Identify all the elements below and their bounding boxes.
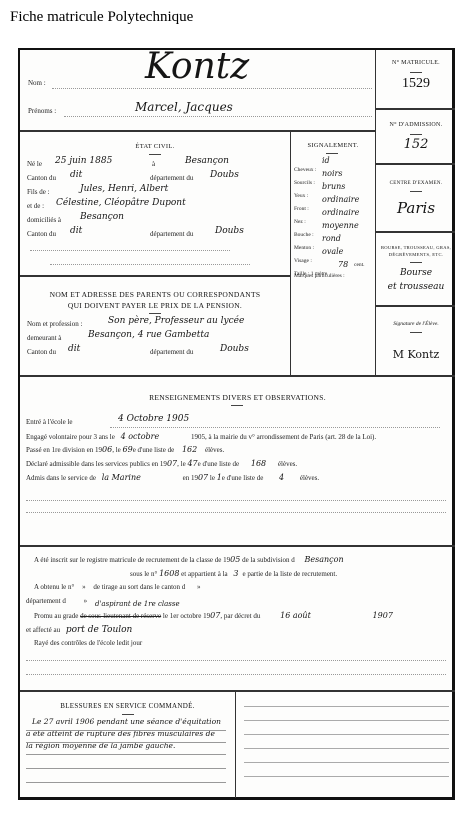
division-line: Passé en 1re division en 1906, le 69e d'…	[26, 445, 224, 454]
mother-name: Célestine, Cléopâtre Dupont	[56, 198, 186, 208]
signalement-list: Cheveux :id Sourcils :noirs Yeux :bruns …	[294, 158, 374, 279]
raye-line: Rayé des contrôles de l'école ledit jour	[34, 639, 142, 647]
admission-label: N° D'ADMISSION.	[376, 122, 456, 128]
etat-civil-heading: ÉTAT CIVIL.	[20, 143, 290, 150]
matricule-value: 1529	[376, 76, 456, 92]
renseignements-heading: RENSEIGNEMENTS DIVERS ET OBSERVATIONS.	[20, 393, 455, 402]
signalement-heading: SIGNALEMENT.	[291, 142, 375, 149]
father-name: Jules, Henri, Albert	[80, 184, 168, 194]
prenoms-label: Prénoms :	[28, 107, 56, 115]
sous-numero-line: sous le n° 1608 et appartient à la 3e pa…	[130, 569, 337, 578]
parent-profession: Son père, Professeur au lycée	[108, 316, 244, 326]
matricule-label: N° MATRICULE.	[376, 60, 456, 66]
bourse-value-2: et trousseau	[376, 282, 456, 292]
blessures-line-1: Le 27 avril 1906 pendant une séance d'éq…	[32, 717, 221, 726]
inscrit-line: A été inscrit sur le registre matricule …	[34, 555, 344, 564]
nom-label: Nom :	[28, 79, 46, 87]
birth-date: 25 juin 1885	[55, 156, 112, 166]
entry-date: 4 Octobre 1905	[118, 414, 189, 424]
centre-examen-label: CENTRE D'EXAMEN.	[376, 181, 456, 186]
admissible-line: Déclaré admissible dans les services pub…	[26, 459, 297, 468]
nom-value: Kontz	[145, 46, 249, 87]
page-title: Fiche matricule Polytechnique	[10, 9, 193, 26]
promu-line: Promu au grade de sous-lieutenant de rés…	[34, 611, 393, 620]
centre-examen-value: Paris	[376, 199, 456, 217]
bourse-value-1: Bourse	[376, 268, 456, 278]
tirage-line: A obtenu le n° » de tirage au sort dans …	[34, 583, 201, 591]
parents-heading-1: NOM ET ADRESSE DES PARENTS OU CORRESPOND…	[20, 290, 290, 299]
admis-line: Admis dans le service de la Marine en 19…	[26, 473, 319, 482]
bourse-label: BOURSE, TROUSSEAU, GRAS, DÉGRÈVEMENTS, E…	[376, 244, 456, 258]
engagement-line: Engagé volontaire pour 3 ans le 4 octobr…	[26, 432, 376, 441]
admission-value: 152	[376, 137, 456, 152]
parent-address: Besançon, 4 rue Gambetta	[88, 330, 209, 340]
blessures-heading: BLESSURES EN SERVICE COMMANDÉ.	[20, 702, 235, 710]
prenoms-value: Marcel, Jacques	[135, 100, 233, 114]
promu-inserted: d'aspirant de 1re classe	[95, 600, 180, 608]
departement-line: département d »	[26, 597, 87, 605]
parents-heading-2: QUI DOIVENT PAYER LE PRIX DE LA PENSION.	[20, 301, 290, 310]
affecte-line: et affecté au port de Toulon	[26, 625, 132, 635]
matriculation-form: Nom : Kontz Prénoms : Marcel, Jacques N°…	[18, 48, 455, 800]
signature-label: Signature de l'Élève.	[376, 321, 456, 327]
birth-place: Besançon	[185, 156, 229, 166]
signature-value: M Kontz	[376, 348, 456, 361]
